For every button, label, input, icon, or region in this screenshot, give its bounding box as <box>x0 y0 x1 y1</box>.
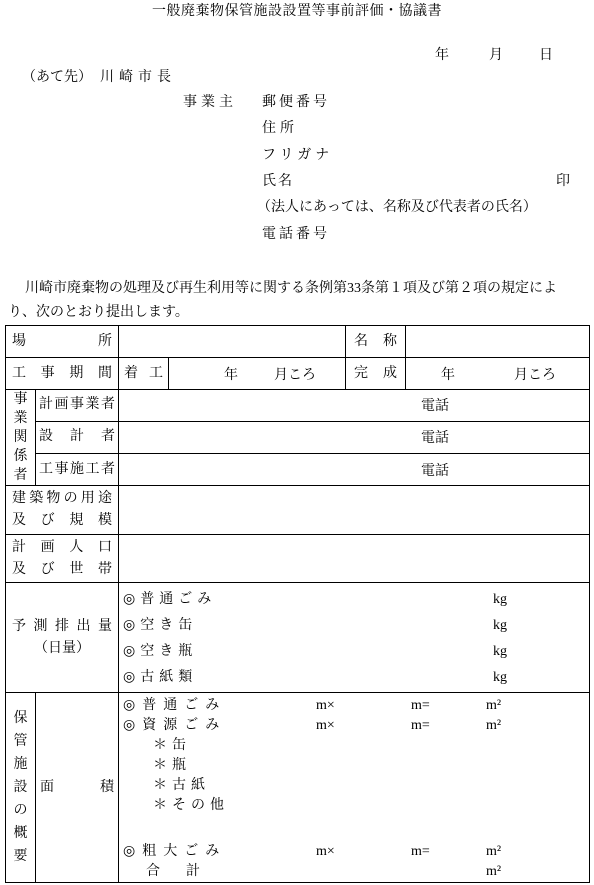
phone-number-label: 電話番号 <box>262 227 330 243</box>
discharge-label-cell: 予測排出量 （日量） <box>6 583 119 693</box>
building-label-line1: 建築物の用途 <box>6 488 118 510</box>
area-unit: m² <box>486 862 501 882</box>
business-owner-label: 事業主 <box>183 95 237 111</box>
party-row-designer: 設計者 電話 <box>6 421 590 454</box>
width-unit: m× <box>316 696 335 716</box>
addressee-prefix: （あて先） <box>22 70 92 86</box>
party-label-cell: 工事施工者 <box>36 454 119 486</box>
line-label: ◎粗大ごみ <box>123 844 226 859</box>
line-label: ＊瓶 <box>153 758 191 773</box>
storage-line-bottles: ＊瓶 <box>119 756 589 776</box>
line-label: ＊缶 <box>153 738 191 753</box>
application-form-table: 場所 名称 工事期間 着工 年 月ころ 完成 年 <box>5 325 590 883</box>
site-name-value-cell <box>406 326 590 358</box>
corporate-note: （法人にあっては、名称及び代表者の氏名） <box>257 200 537 216</box>
document-title: 一般廃棄物保管施設設置等事前評価・協議書 <box>0 4 594 20</box>
discharge-row: 予測排出量 （日量） ◎普通ごみ kg ◎空き缶 kg ◎空き瓶 kg <box>6 583 590 693</box>
area-label: 面積 <box>36 777 118 799</box>
date-year-label: 年 <box>435 48 449 64</box>
site-name-label: 名称 <box>346 331 405 353</box>
end-year-label: 年 <box>441 364 455 384</box>
furigana-label: フリガナ <box>262 148 333 164</box>
postal-code-label: 郵便番号 <box>262 95 330 111</box>
period-label: 工事期間 <box>6 363 118 385</box>
party-label-designer: 設計者 <box>36 426 118 448</box>
item-label: ◎古紙類 <box>123 670 197 685</box>
end-label-cell: 完成 <box>346 358 406 390</box>
storage-blank-line <box>119 816 589 842</box>
discharge-item-bottles: ◎空き瓶 kg <box>119 639 589 665</box>
storage-row: 保管施設の概要 面積 ◎普通ごみ m× m= m² ◎資源ごみ m× m= <box>6 693 590 883</box>
party-value-cell: 電話 <box>119 390 590 422</box>
party-label-planner: 計画事業者 <box>36 394 118 416</box>
site-name-label-cell: 名称 <box>346 326 406 358</box>
depth-unit: m= <box>411 716 430 736</box>
storage-line-cans: ＊缶 <box>119 736 589 756</box>
storage-line-total: 合計 m² <box>119 862 589 882</box>
phone-label: 電話 <box>421 399 449 414</box>
intro-paragraph: 川崎市廃棄物の処理及び再生利用等に関する条例第33条第１項及び第２項の規定によ … <box>8 277 590 325</box>
party-label-contractor: 工事施工者 <box>36 459 118 481</box>
phone-label: 電話 <box>421 464 449 479</box>
start-month-label: 月ころ <box>274 364 316 384</box>
storage-group-cell: 保管施設の概要 <box>6 693 36 883</box>
depth-unit: m= <box>411 842 430 862</box>
population-value-cell <box>119 535 590 583</box>
building-value-cell <box>119 486 590 535</box>
party-value-cell: 電話 <box>119 454 590 486</box>
date-month-label: 月 <box>489 48 503 64</box>
location-row: 場所 名称 <box>6 326 590 358</box>
intro-line-2: り、次のとおり提出します。 <box>8 301 590 325</box>
start-year-label: 年 <box>224 364 238 384</box>
addressee-name: 川崎市長 <box>100 70 176 86</box>
discharge-item-normal: ◎普通ごみ kg <box>119 587 589 613</box>
party-label-cell: 設計者 <box>36 421 119 454</box>
building-row: 建築物の用途 及び規模 <box>6 486 590 535</box>
start-value-cell: 年 月ころ <box>169 358 346 390</box>
party-value-cell: 電話 <box>119 421 590 454</box>
line-label: ＊古紙 <box>153 778 210 793</box>
date-day-label: 日 <box>539 48 553 64</box>
storage-line-recyclable: ◎資源ごみ m× m= m² <box>119 716 589 736</box>
end-label: 完成 <box>346 363 405 385</box>
discharge-label-line2: （日量） <box>6 638 118 660</box>
line-label: ◎資源ごみ <box>123 718 226 733</box>
population-label-cell: 計画人口 及び世帯 <box>6 535 119 583</box>
population-label-line2: 及び世帯 <box>6 559 118 581</box>
phone-label: 電話 <box>421 431 449 446</box>
storage-group-label: 保管施設の概要 <box>13 707 29 868</box>
item-label: ◎空き缶 <box>123 618 197 633</box>
building-label-cell: 建築物の用途 及び規模 <box>6 486 119 535</box>
kg-unit: kg <box>493 587 507 613</box>
storage-line-bulky: ◎粗大ごみ m× m= m² <box>119 842 589 862</box>
construction-period-row: 工事期間 着工 年 月ころ 完成 年 月ころ <box>6 358 590 390</box>
storage-line-other: ＊その他 <box>119 796 589 816</box>
area-unit: m² <box>486 696 501 716</box>
name-label: 氏名 <box>262 174 294 190</box>
document-page: 一般廃棄物保管施設設置等事前評価・協議書 年 月 日 （あて先） 川崎市長 事業… <box>0 0 594 885</box>
end-month-label: 月ころ <box>514 364 556 384</box>
parties-group-label: 事業関係者 <box>13 390 29 485</box>
area-label-cell: 面積 <box>36 693 119 883</box>
seal-mark: 印 <box>556 174 570 190</box>
line-label: 合計 <box>146 864 226 879</box>
address-label: 住所 <box>262 121 298 137</box>
storage-line-paper: ＊古紙 <box>119 776 589 796</box>
period-label-cell: 工事期間 <box>6 358 119 390</box>
discharge-item-cans: ◎空き缶 kg <box>119 613 589 639</box>
population-label-line1: 計画人口 <box>6 537 118 559</box>
line-label: ＊その他 <box>153 798 229 813</box>
building-label-line2: 及び規模 <box>6 510 118 532</box>
depth-unit: m= <box>411 696 430 716</box>
party-label-cell: 計画事業者 <box>36 390 119 422</box>
party-row-planner: 事業関係者 計画事業者 電話 <box>6 390 590 422</box>
intro-line-1: 川崎市廃棄物の処理及び再生利用等に関する条例第33条第１項及び第２項の規定によ <box>8 277 590 301</box>
location-label: 場所 <box>6 331 118 353</box>
parties-group-cell: 事業関係者 <box>6 390 36 486</box>
start-label-cell: 着工 <box>119 358 169 390</box>
storage-content-cell: ◎普通ごみ m× m= m² ◎資源ごみ m× m= m² ＊缶 <box>119 693 590 883</box>
population-row: 計画人口 及び世帯 <box>6 535 590 583</box>
width-unit: m× <box>316 716 335 736</box>
location-label-cell: 場所 <box>6 326 119 358</box>
storage-line-normal: ◎普通ごみ m× m= m² <box>119 696 589 716</box>
line-label: ◎普通ごみ <box>123 698 226 713</box>
item-label: ◎普通ごみ <box>123 592 216 607</box>
discharge-label-line1: 予測排出量 <box>6 616 118 638</box>
area-unit: m² <box>486 842 501 862</box>
kg-unit: kg <box>493 639 507 665</box>
location-value-cell <box>119 326 346 358</box>
kg-unit: kg <box>493 665 507 691</box>
kg-unit: kg <box>493 613 507 639</box>
width-unit: m× <box>316 842 335 862</box>
discharge-content-cell: ◎普通ごみ kg ◎空き缶 kg ◎空き瓶 kg ◎古紙類 kg <box>119 583 590 693</box>
start-label: 着工 <box>119 363 168 385</box>
discharge-item-paper: ◎古紙類 kg <box>119 665 589 691</box>
area-unit: m² <box>486 716 501 736</box>
party-row-contractor: 工事施工者 電話 <box>6 454 590 486</box>
item-label: ◎空き瓶 <box>123 644 197 659</box>
end-value-cell: 年 月ころ <box>406 358 590 390</box>
